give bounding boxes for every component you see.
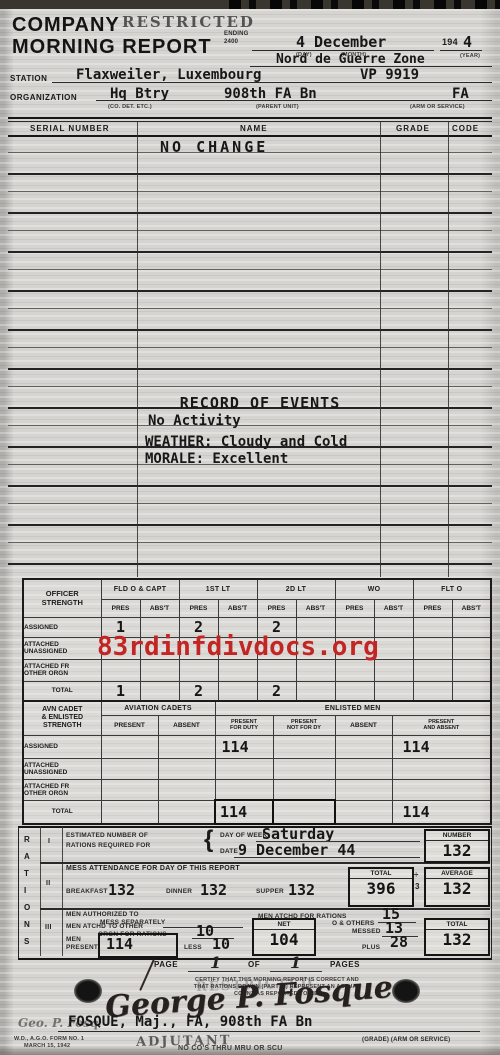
rations-est-label1: ESTIMATED NUMBER OF (66, 832, 148, 839)
mess-total-value: 396 (350, 879, 412, 898)
event-line-2: WEATHER: Cloudy and Cold (145, 434, 347, 450)
year-underline (440, 50, 482, 51)
officer-sub-pres: PRES (413, 599, 452, 617)
officer-cell (335, 681, 374, 701)
number-box-label: NUMBER (426, 831, 488, 841)
enlisted-cell-total-pnfd (273, 800, 335, 824)
enlisted-col-absent2: ABSENT (335, 715, 392, 735)
rations-numeral-1: I (48, 838, 50, 845)
divide-by-three: 3 (415, 882, 420, 891)
officer-row-label: TOTAL (23, 681, 101, 701)
officer-sub-pres: PRES (101, 599, 140, 617)
roster-divider-serial (137, 121, 138, 577)
others-messed-label2: MESSED (352, 928, 381, 935)
col-header-serial: SERIAL NUMBER (30, 124, 110, 133)
officer-sub-abst: ABS'T (140, 599, 179, 617)
signature-typed: FOSQUE, Maj., FA, 908th FA Bn (68, 1014, 312, 1030)
page-label: PAGE (154, 960, 178, 969)
officer-cell (218, 659, 257, 681)
men-present-label1: MEN (66, 936, 81, 943)
enlisted-cell (158, 800, 215, 824)
rations-total-box: TOTAL 132 (424, 918, 490, 956)
plus-value: 28 (390, 933, 408, 951)
average-value: 132 (426, 879, 488, 898)
officer-row-label: ATTACHED UNASSIGNED (23, 637, 101, 659)
enlisted-cell (215, 779, 273, 800)
officer-cell (218, 681, 257, 701)
scan-bottom-edge (0, 1046, 500, 1055)
officer-row-total: TOTAL 1 2 2 (23, 681, 491, 701)
net-value: 104 (254, 930, 314, 949)
enlisted-cell: 114 (215, 735, 273, 758)
morning-report-document: COMPANY RESTRICTED MORNING REPORT ENDING… (0, 0, 500, 1055)
officer-sub-pres: PRES (257, 599, 296, 617)
officer-sub-abst: ABS'T (296, 599, 335, 617)
officer-corner-line1: OFFICER (46, 589, 79, 598)
officer-cell (101, 659, 140, 681)
officer-cell (140, 681, 179, 701)
pages-number-value: 1 (290, 953, 301, 972)
rations-row2-separator (40, 908, 490, 910)
officer-sub-pres: PRES (335, 599, 374, 617)
officer-cell (374, 681, 413, 701)
enlisted-cell: 114 (392, 800, 491, 824)
breakfast-value: 132 (108, 881, 135, 899)
year-sublabel: (YEAR) (460, 53, 480, 59)
rations-row1-separator (40, 862, 490, 864)
enlisted-cell (273, 735, 335, 758)
enlisted-row-attached-unassigned: ATTACHED UNASSIGNED (23, 758, 491, 779)
punch-hole-left (74, 979, 102, 1003)
men-present-label2: PRESENT (66, 944, 98, 951)
enlisted-cell (335, 800, 392, 824)
station-label: STATION (10, 74, 47, 83)
of-label: OF (248, 960, 260, 969)
rations-numeral-3: III (45, 924, 52, 931)
enlisted-cell (273, 758, 335, 779)
pages-label: PAGES (330, 960, 360, 969)
report-date-value: 4 December (296, 33, 386, 51)
enlisted-cell (273, 779, 335, 800)
officer-cell: 2 (179, 681, 218, 701)
divide-sign: ÷ (414, 870, 419, 879)
officer-sub-abst: ABS'T (218, 599, 257, 617)
officer-group-flto: FLT O (413, 579, 491, 599)
officer-row-label: ASSIGNED (23, 617, 101, 637)
rations-divider-2 (62, 826, 63, 956)
officer-cell (413, 637, 452, 659)
enlisted-cell (101, 735, 158, 758)
station-code-value: VP 9919 (360, 67, 419, 83)
officer-cell (374, 637, 413, 659)
officer-cell: 2 (257, 681, 296, 701)
event-line-1: No Activity (148, 413, 241, 429)
date-underline (252, 50, 434, 51)
plus-label: PLUS (362, 944, 380, 951)
average-box: AVERAGE 132 (424, 867, 490, 907)
number-box-value: 132 (426, 841, 488, 860)
officer-cell (413, 617, 452, 637)
enlisted-strength-table: AVN CADET & ENLISTED STRENGTH AVIATION C… (22, 700, 492, 825)
officer-corner-line2: STRENGTH (42, 598, 83, 607)
brace-glyph: { (204, 826, 213, 854)
officer-cell (296, 659, 335, 681)
enlisted-cell (101, 800, 158, 824)
officer-cell (179, 659, 218, 681)
officer-cell (374, 617, 413, 637)
roster-top-border (8, 117, 492, 119)
enlisted-table-corner: AVN CADET & ENLISTED STRENGTH (23, 701, 101, 735)
arm-service-sublabel: (ARM OR SERVICE) (410, 104, 465, 110)
rations-total-label: TOTAL (426, 920, 488, 930)
page-underline (188, 971, 240, 972)
enlisted-row-attached-other: ATTACHED FR OTHER ORGN (23, 779, 491, 800)
co-det-sublabel: (CO. DET. ETC.) (108, 104, 152, 110)
enlisted-row-total: TOTAL 114 114 (23, 800, 491, 824)
roster-divider-code (448, 121, 449, 577)
enlisted-group-aviation: AVIATION CADETS (101, 701, 215, 715)
organization-underline (96, 100, 492, 101)
enlisted-group-enlisted: ENLISTED MEN (215, 701, 491, 715)
officer-cell (413, 659, 452, 681)
enlisted-col-pa: PRESENT AND ABSENT (392, 715, 491, 735)
atchd-other-label1: MEN ATCHD TO OTHER (66, 923, 143, 930)
col-header-name: NAME (240, 124, 268, 133)
less-label: LESS (184, 944, 202, 951)
officer-cell (452, 637, 491, 659)
rations-total-value: 132 (426, 930, 488, 949)
enlisted-cell (335, 735, 392, 758)
officer-cell (140, 659, 179, 681)
page-number-value: 1 (210, 953, 221, 972)
ending-time: 2400 (224, 39, 238, 45)
officer-cell: 1 (101, 681, 140, 701)
men-present-value: 114 (100, 935, 176, 953)
dinner-label: DINNER (166, 888, 192, 895)
restricted-stamp-top: RESTRICTED (122, 13, 255, 31)
officer-sub-abst: ABS'T (452, 599, 491, 617)
men-authorized-label1: MEN AUTHORIZED TO (66, 911, 139, 918)
mess-attendance-title: MESS ATTENDANCE FOR DAY OF THIS REPORT (66, 865, 240, 872)
zone-value: Nord de Guerre Zone (276, 52, 425, 67)
year-prefix: 194 (442, 37, 458, 47)
roster-divider-grade (380, 121, 381, 577)
officer-group-2dlt: 2D LT (257, 579, 335, 599)
net-label: NET (254, 920, 314, 930)
breakfast-label: BREAKFAST (66, 888, 108, 895)
rations-est-label2: RATIONS REQUIRED FOR (66, 842, 150, 849)
station-value: Flaxweiler, Luxembourg (76, 67, 261, 83)
enlisted-col-absent: ABSENT (158, 715, 215, 735)
officer-cell (452, 659, 491, 681)
officer-row-label: ATTACHED FR OTHER ORGN (23, 659, 101, 681)
net-box: NET 104 (252, 918, 316, 956)
less-value: 10 (212, 935, 230, 953)
dinner-value: 132 (200, 881, 227, 899)
enlisted-cell (101, 758, 158, 779)
mess-total-box: TOTAL 396 (348, 867, 414, 907)
col-header-grade: GRADE (396, 124, 430, 133)
rations-date-underline (234, 857, 420, 858)
enlisted-cell (392, 779, 491, 800)
pages-underline (270, 971, 322, 972)
supper-value: 132 (288, 881, 315, 899)
officer-group-wo: WO (335, 579, 413, 599)
officer-cell (374, 659, 413, 681)
punch-hole-right (392, 979, 420, 1003)
ending-label: ENDING (224, 31, 249, 37)
enlisted-row-label: ASSIGNED (23, 735, 101, 758)
rations-numeral-2: II (46, 880, 51, 887)
enlisted-cell (158, 735, 215, 758)
number-box: NUMBER 132 (424, 829, 490, 863)
officer-group-1stlt: 1ST LT (179, 579, 257, 599)
signature-underline (58, 1031, 480, 1032)
officer-cell (335, 659, 374, 681)
form-title-line2: MORNING REPORT (12, 36, 212, 59)
enlisted-cell (335, 758, 392, 779)
enlisted-row-label: ATTACHED UNASSIGNED (23, 758, 101, 779)
enlisted-cell (158, 758, 215, 779)
form-title-line1: COMPANY (12, 14, 120, 37)
enlisted-col-present: PRESENT (101, 715, 158, 735)
grade-arm-sublabel: (GRADE) (ARM OR SERVICE) (362, 1037, 450, 1043)
officer-sub-pres: PRES (179, 599, 218, 617)
officer-cell (413, 681, 452, 701)
rations-divider-1 (40, 826, 41, 956)
col-header-code: CODE (452, 124, 479, 133)
enlisted-cell (335, 779, 392, 800)
enlisted-row-label: ATTACHED FR OTHER ORGN (23, 779, 101, 800)
site-watermark: 83rdinfdivdocs.org (97, 632, 379, 662)
enlisted-row-label: TOTAL (23, 800, 101, 824)
roster-top-border2 (8, 121, 492, 122)
scan-top-edge (0, 0, 500, 9)
men-present-box: 114 (98, 933, 178, 958)
year-value: 4 (463, 33, 472, 51)
others-messed-label1: O & OTHERS (332, 920, 374, 927)
enlisted-row-assigned: ASSIGNED 114 114 (23, 735, 491, 758)
officer-row-attached-other: ATTACHED FR OTHER ORGN (23, 659, 491, 681)
enlisted-cell (215, 758, 273, 779)
enlisted-cell (101, 779, 158, 800)
roster-entry-no-change: NO CHANGE (160, 138, 268, 156)
enlisted-cell: 114 (392, 735, 491, 758)
roster-ruled-lines (8, 137, 492, 577)
enlisted-col-pfd: PRESENT FOR DUTY (215, 715, 273, 735)
day-of-week-label: DAY OF WEEK (220, 832, 267, 839)
record-of-events-title: RECORD OF EVENTS (140, 394, 380, 412)
enlisted-cell-total-pfd: 114 (215, 800, 273, 824)
average-label: AVERAGE (426, 869, 488, 879)
organization-label: ORGANIZATION (10, 93, 77, 102)
officer-group-fldo: FLD O & CAPT (101, 579, 179, 599)
officer-cell (452, 681, 491, 701)
enlisted-cell (392, 758, 491, 779)
enlisted-cell (158, 779, 215, 800)
cropped-text-marks (215, 0, 500, 9)
officer-cell (257, 659, 296, 681)
rations-vertical-label: R A T I O N S (24, 831, 30, 950)
form-number-line1: W.D., A.G.O. FORM NO. 1 (14, 1036, 84, 1042)
date-row-label: DATE (220, 848, 238, 855)
enlisted-col-pnfd: PRESENT NOT FOR DY (273, 715, 335, 735)
officer-table-corner: OFFICER STRENGTH (23, 579, 101, 617)
event-line-3: MORALE: Excellent (145, 451, 288, 467)
supper-label: SUPPER (256, 888, 284, 895)
parent-unit-sublabel: (PARENT UNIT) (256, 104, 299, 110)
officer-cell (296, 681, 335, 701)
officer-sub-abst: ABS'T (374, 599, 413, 617)
officer-cell (452, 617, 491, 637)
station-underline (52, 82, 492, 83)
mess-total-label: TOTAL (350, 869, 412, 879)
